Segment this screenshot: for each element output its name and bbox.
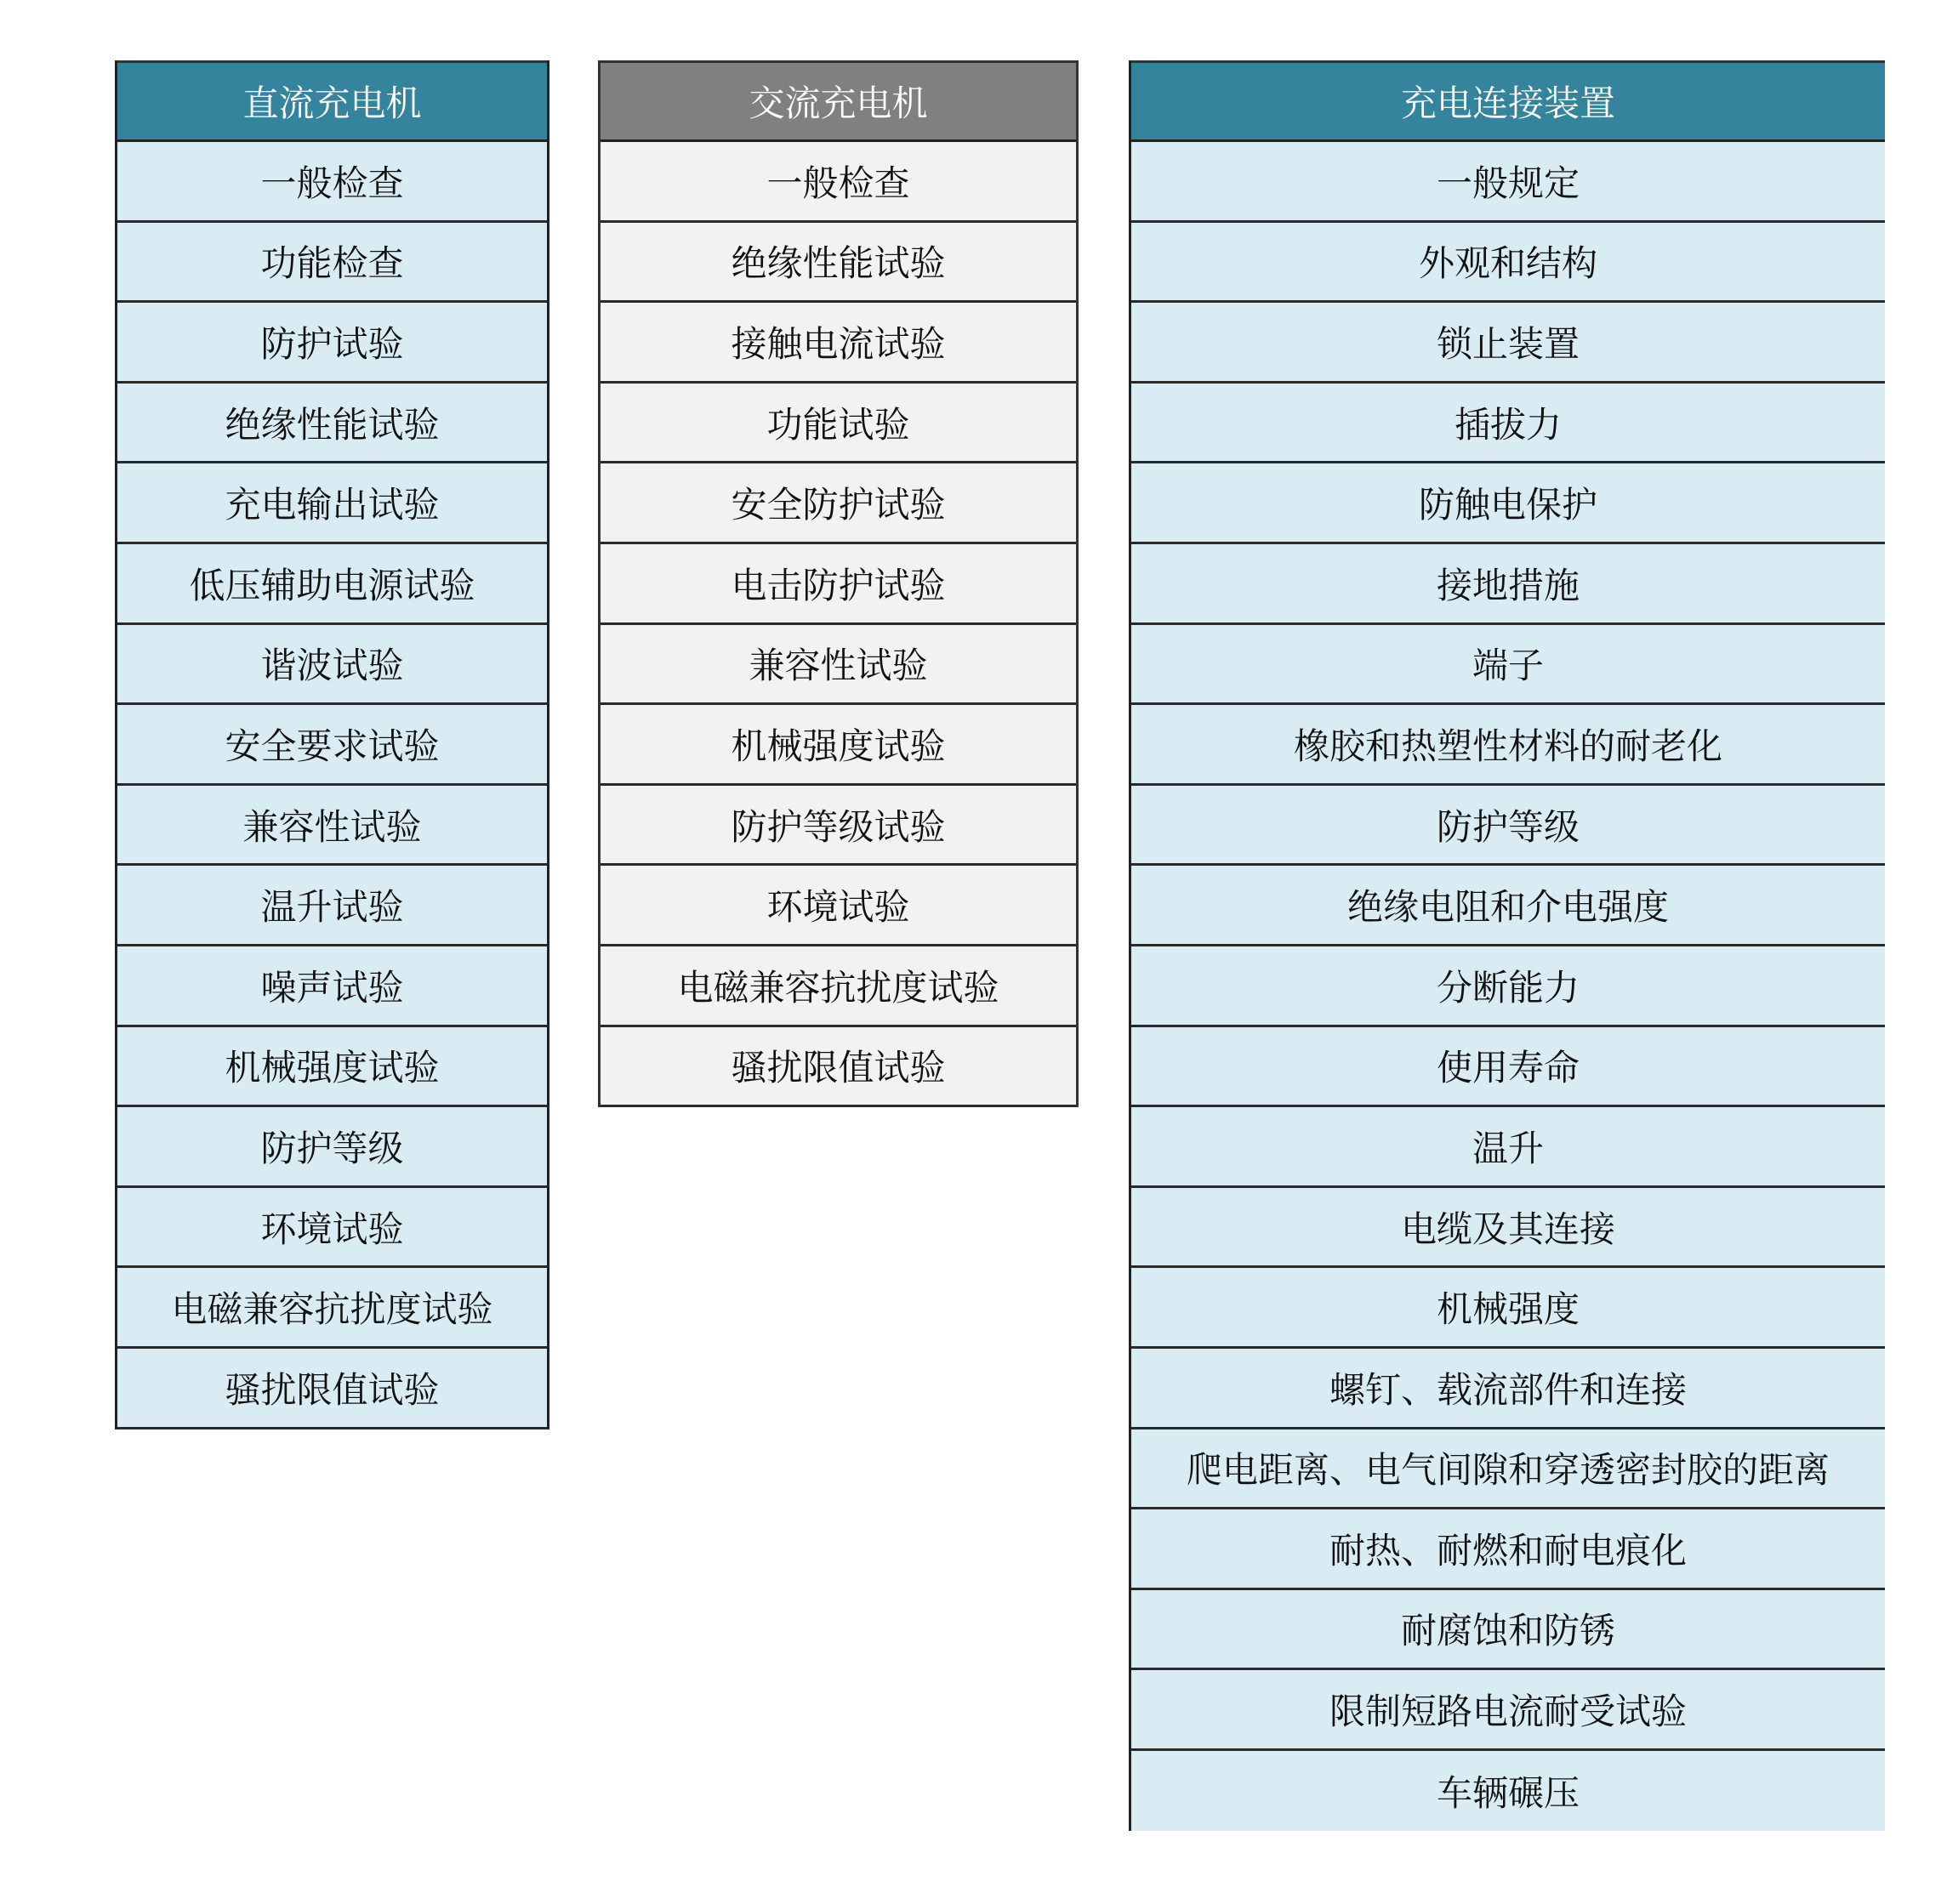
- table-row: 耐腐蚀和防锈: [1131, 1590, 1885, 1671]
- table-row: 防触电保护: [1131, 463, 1885, 544]
- table-row: 一般检查: [117, 142, 547, 223]
- table-row: 电磁兼容抗扰度试验: [601, 946, 1076, 1027]
- table-row: 一般规定: [1131, 142, 1885, 223]
- table-row: 充电输出试验: [117, 463, 547, 544]
- table-row: 接地措施: [1131, 544, 1885, 625]
- table-row: 绝缘电阻和介电强度: [1131, 866, 1885, 946]
- table-row: 分断能力: [1131, 946, 1885, 1027]
- table-row: 机械强度: [1131, 1268, 1885, 1349]
- table-row: 环境试验: [601, 866, 1076, 946]
- table-row: 电击防护试验: [601, 544, 1076, 625]
- table-row: 环境试验: [117, 1188, 547, 1269]
- ac-charger-table: 交流充电机 一般检查 绝缘性能试验 接触电流试验 功能试验 安全防护试验 电击防…: [598, 60, 1079, 1107]
- table-row: 安全防护试验: [601, 463, 1076, 544]
- table-row: 绝缘性能试验: [117, 384, 547, 464]
- table-row: 端子: [1131, 625, 1885, 706]
- charging-connector-header: 充电连接装置: [1131, 60, 1885, 142]
- table-row: 温升: [1131, 1107, 1885, 1188]
- table-row: 低压辅助电源试验: [117, 544, 547, 625]
- table-row: 绝缘性能试验: [601, 223, 1076, 304]
- table-row: 螺钉、载流部件和连接: [1131, 1349, 1885, 1429]
- table-row: 机械强度试验: [117, 1027, 547, 1108]
- table-row: 防护等级试验: [601, 786, 1076, 867]
- table-row: 防护等级: [1131, 786, 1885, 867]
- table-row: 电磁兼容抗扰度试验: [117, 1268, 547, 1349]
- table-row: 兼容性试验: [601, 625, 1076, 706]
- table-row: 外观和结构: [1131, 223, 1885, 304]
- table-row: 防护等级: [117, 1107, 547, 1188]
- table-row: 锁止装置: [1131, 303, 1885, 384]
- dc-charger-table: 直流充电机 一般检查 功能检查 防护试验 绝缘性能试验 充电输出试验 低压辅助电…: [115, 60, 549, 1429]
- table-row: 接触电流试验: [601, 303, 1076, 384]
- table-row: 机械强度试验: [601, 705, 1076, 786]
- table-row: 车辆碾压: [1131, 1751, 1885, 1832]
- table-row: 骚扰限值试验: [117, 1349, 547, 1429]
- charging-connector-table: 充电连接装置 一般规定 外观和结构 锁止装置 插拔力 防触电保护 接地措施 端子…: [1129, 60, 1885, 1831]
- table-row: 噪声试验: [117, 946, 547, 1027]
- table-row: 橡胶和热塑性材料的耐老化: [1131, 705, 1885, 786]
- table-row: 温升试验: [117, 866, 547, 946]
- table-row: 耐热、耐燃和耐电痕化: [1131, 1509, 1885, 1590]
- table-row: 电缆及其连接: [1131, 1188, 1885, 1269]
- table-row: 功能检查: [117, 223, 547, 304]
- table-row: 限制短路电流耐受试验: [1131, 1670, 1885, 1751]
- table-row: 防护试验: [117, 303, 547, 384]
- table-row: 骚扰限值试验: [601, 1027, 1076, 1108]
- table-row: 一般检查: [601, 142, 1076, 223]
- table-row: 使用寿命: [1131, 1027, 1885, 1108]
- table-row: 安全要求试验: [117, 705, 547, 786]
- table-row: 谐波试验: [117, 625, 547, 706]
- table-row: 爬电距离、电气间隙和穿透密封胶的距离: [1131, 1429, 1885, 1510]
- ac-charger-header: 交流充电机: [601, 60, 1076, 142]
- table-row: 插拔力: [1131, 384, 1885, 464]
- table-row: 功能试验: [601, 384, 1076, 464]
- dc-charger-header: 直流充电机: [117, 60, 547, 142]
- table-row: 兼容性试验: [117, 786, 547, 867]
